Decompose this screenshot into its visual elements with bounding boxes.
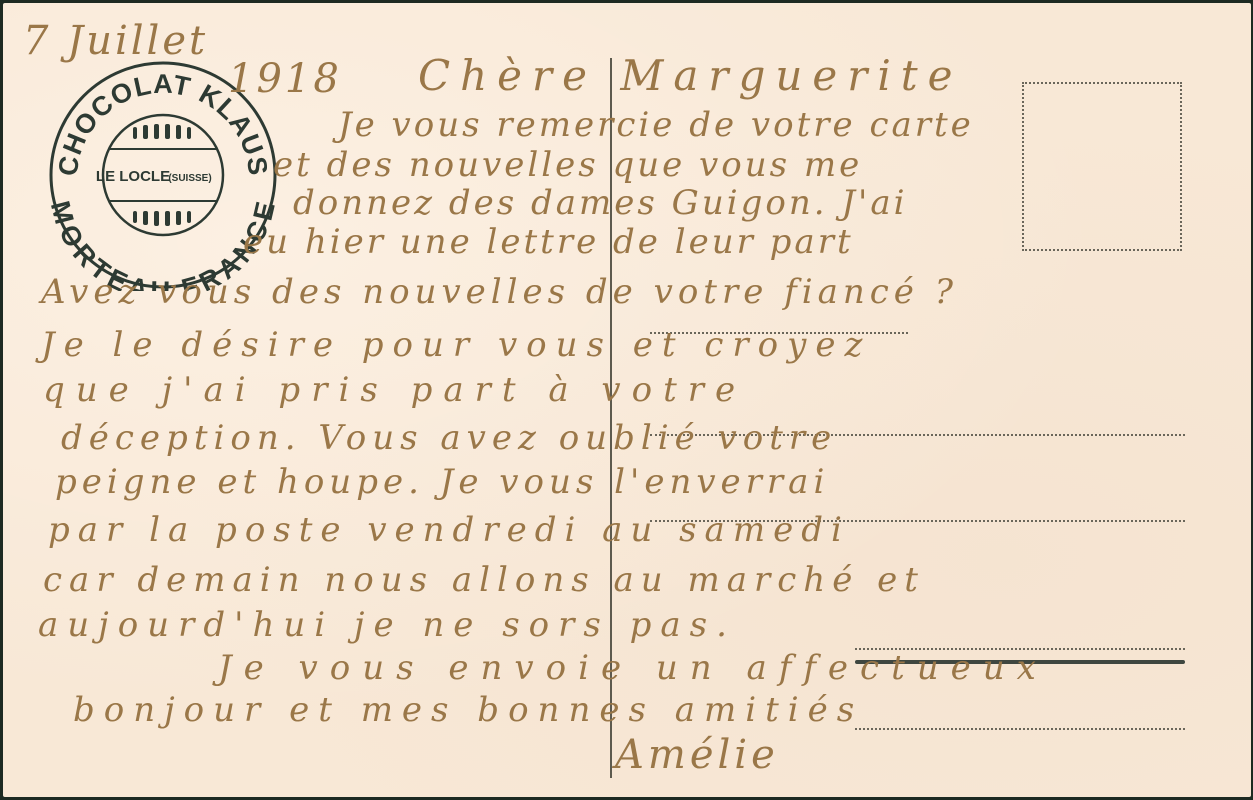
message-line: donnez des dames Guigon. J'ai [293, 186, 907, 220]
message-line: car demain nous allons au marché et [43, 563, 925, 597]
handwritten-year: 1918 [228, 59, 342, 99]
logo-center-sub: (SUISSE) [168, 173, 211, 184]
message-line: Je le désire pour vous et croyez [41, 328, 871, 362]
address-line-5 [855, 728, 1185, 730]
message-line: par la poste vendredi au samedi [48, 513, 850, 547]
bar-pattern-bottom [133, 211, 191, 226]
message-line: peigne et houpe. Je vous l'enverrai [55, 465, 829, 499]
message-line: déception. Vous avez oublié votre [61, 421, 837, 455]
message-line: aujourd'hui je ne sors pas. [38, 608, 736, 642]
message-line: Je vous envoie un affectueux [218, 651, 1048, 685]
salutation: Chère Marguerite [418, 55, 962, 97]
postcard-back: CHOCOLAT KLAUS MORTEAU.FRANCE LE LOCLE (… [3, 3, 1251, 797]
signature: Amélie [615, 735, 779, 775]
handwritten-date: 7 Juillet [23, 21, 208, 61]
bar-pattern-top [133, 124, 191, 139]
logo-center-main: LE LOCLE [96, 168, 170, 185]
message-line: Avez vous des nouvelles de votre fiancé … [41, 275, 958, 309]
message-line: eu hier une lettre de leur part [243, 225, 854, 259]
message-line: que j'ai pris part à votre [43, 373, 746, 407]
message-line: bonjour et mes bonnes amitiés [73, 693, 863, 727]
stamp-placeholder-box [1022, 82, 1182, 251]
message-line: Je vous remercie de votre carte [338, 108, 974, 142]
message-line: et des nouvelles que vous me [273, 148, 862, 182]
